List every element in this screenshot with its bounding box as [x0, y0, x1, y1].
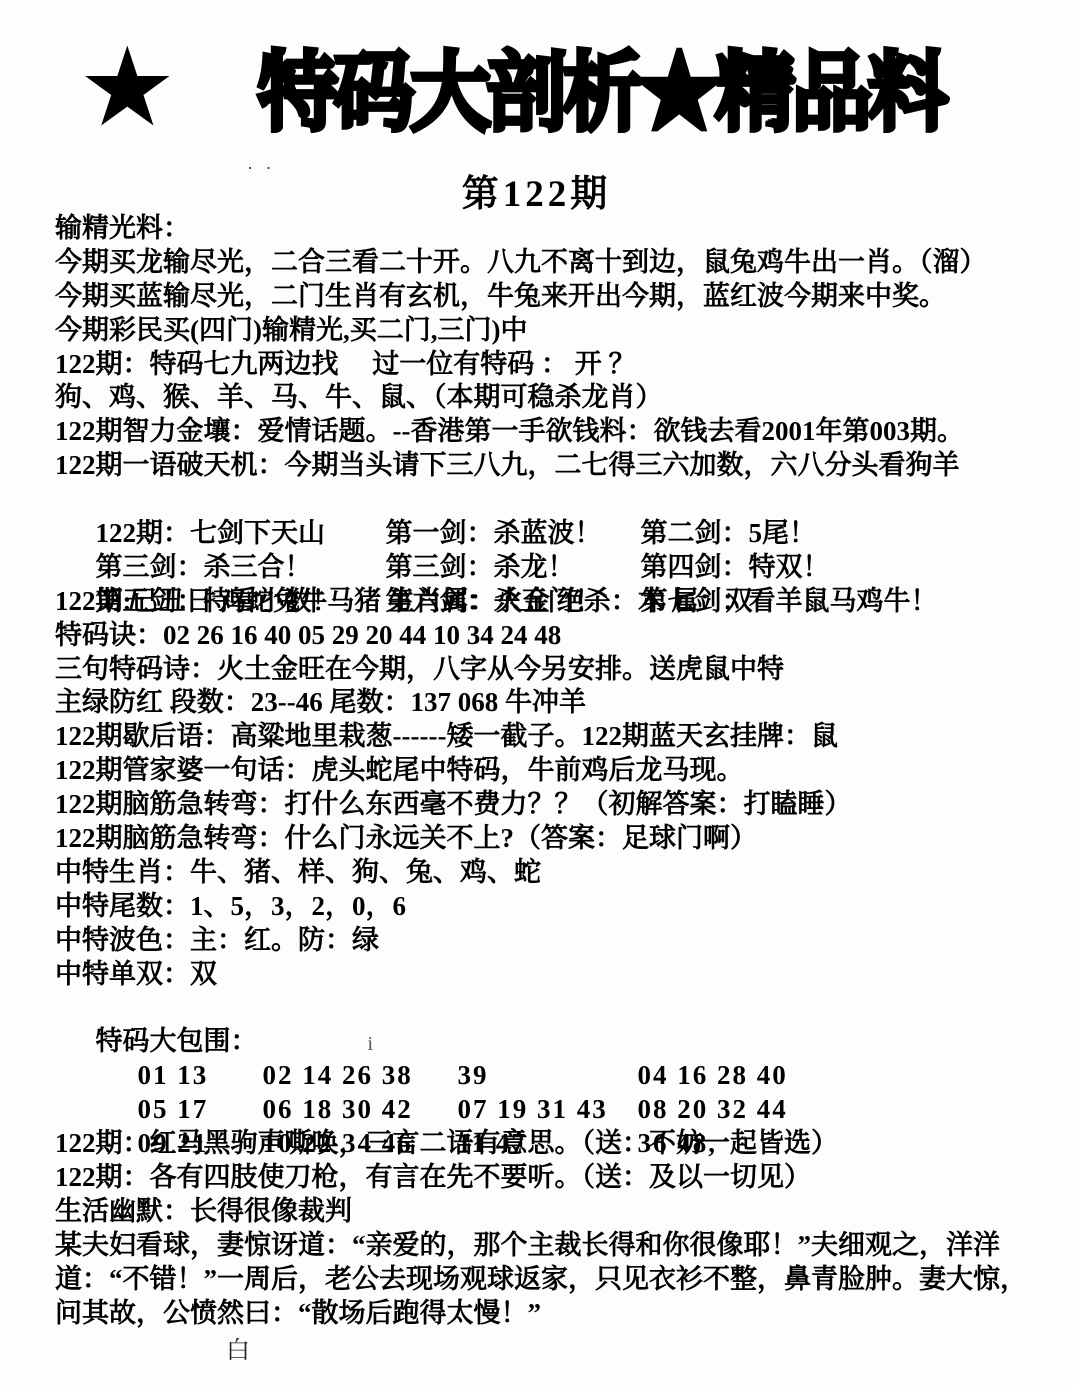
- number-cell: 05 17: [138, 1093, 263, 1127]
- print-artifact-char: 白: [226, 1330, 250, 1365]
- sword-cell: 第三剑：杀三合！: [96, 551, 386, 585]
- number-cell: 07 19 31 43: [458, 1093, 638, 1127]
- masthead: ★ 特码大剖析★精品料 · ·: [0, 30, 1073, 160]
- number-cell: 39: [458, 1059, 638, 1093]
- text-line: 中特单双：双: [55, 958, 1055, 992]
- text-line: 122期歇后语：高粱地里栽葱------矮一截子。122期蓝天玄挂牌：鼠: [55, 720, 1055, 754]
- wrap-label-line: 特码大包围：i: [55, 991, 1055, 1025]
- page-title: 特码大剖析★精品料: [258, 38, 937, 148]
- text-line: 122期管家婆一句话：虎头蛇尾中特码，牛前鸡后龙马现。: [55, 754, 1055, 788]
- text-line: 狗、鸡、猴、羊、马、牛、鼠、（本期可稳杀龙肖）: [55, 381, 1055, 415]
- print-artifact-mark: i: [368, 1028, 374, 1062]
- text-line: 122期一语破天机：今期当头请下三八九，二七得三六加数，六八分头看狗羊: [55, 449, 1055, 483]
- number-cell: 06 18 30 42: [263, 1093, 458, 1127]
- sword-cell: 122期：七剑下天山: [96, 517, 386, 551]
- tip-sheet-page: ★ 特码大剖析★精品料 · · 第122期 输精光料： 今期买龙输尽光，二合三看…: [0, 0, 1073, 1388]
- text-line: 中特尾数：1、5，3，2，0，6: [55, 890, 1055, 924]
- text-line: 122期：红马黑驹声嘶唤，三言二语有意思。（送：不妨一起皆选）: [55, 1127, 1055, 1161]
- text-line: 今期买龙输尽光，二合三看二十开。八九不离十到边，鼠兔鸡牛出一肖。（溜）: [55, 246, 1055, 280]
- text-line: 122期智力金壤：爱情话题。--香港第一手欲钱料：欲钱去看2001年第003期。: [55, 415, 1055, 449]
- star-icon: ★: [78, 22, 177, 152]
- text-line: 道：“不错！”一周后，老公去现场观球返家，只见衣衫不整，鼻青脸肿。妻大惊，: [55, 1263, 1055, 1297]
- text-line: 122期：特码七九两边找 过一位有特码 ： 开 ？: [55, 348, 1055, 382]
- number-cell: 04 16 28 40: [638, 1059, 788, 1093]
- text-line: 122期：各有四肢使刀枪，有言在先不要听。（送：及以一切见）: [55, 1161, 1055, 1195]
- text-line: 特码诀：02 26 16 40 05 29 20 44 10 34 24 48: [55, 619, 1055, 653]
- sword-cell: 第二剑：5尾！: [641, 517, 817, 551]
- sword-cell: 第一剑：杀蓝波！: [386, 517, 641, 551]
- body-text: 输精光料： 今期买龙输尽光，二合三看二十开。八九不离十到边，鼠兔鸡牛出一肖。（溜…: [55, 212, 1055, 1330]
- issue-number: 第122期: [0, 163, 1073, 217]
- text-line: 122期脑筋急转弯：打什么东西毫不费力？？（初解答案：打瞌睡）: [55, 788, 1055, 822]
- text-line: 某夫妇看球，妻惊讶道：“亲爱的，那个主裁长得和你很像耶！”夫细观之，洋洋: [55, 1229, 1055, 1263]
- text-line: 输精光料：: [55, 212, 1055, 246]
- text-line: 生活幽默：长得很像裁判: [55, 1195, 1055, 1229]
- sword-cell: 第三剑：杀龙！: [386, 551, 641, 585]
- sword-row: 122期：七剑下天山第一剑：杀蓝波！第二剑：5尾！: [55, 483, 1055, 517]
- text-line: 今期买蓝输尽光，二门生肖有玄机，牛兔来开出今期，蓝红波今期来中奖。: [55, 280, 1055, 314]
- text-line: 主绿防红 段数：23--46 尾数：137 068 牛冲羊: [55, 686, 1055, 720]
- wrap-label: 特码大包围：: [96, 1026, 258, 1056]
- number-cell: 02 14 26 38: [263, 1059, 458, 1093]
- sword-cell: 第四剑：特双！: [641, 551, 830, 585]
- text-line: 中特波色：主：红。防：绿: [55, 924, 1055, 958]
- text-line: 中特生肖：牛、猪、样、狗、兔、鸡、蛇: [55, 856, 1055, 890]
- text-line: 问其故，公愤然曰：“散场后跑得太慢！”: [55, 1297, 1055, 1331]
- number-cell: 01 13: [138, 1059, 263, 1093]
- text-line: 今期彩民买(四门)输精光,买二门,三门)中: [55, 314, 1055, 348]
- text-line: 122期脑筋急转弯：什么门永远关不上?（答案：足球门啊）: [55, 822, 1055, 856]
- text-line: 三句特码诗：火土金旺在今期，八字从今另安排。送虎鼠中特: [55, 653, 1055, 687]
- number-cell: 08 20 32 44: [638, 1093, 788, 1127]
